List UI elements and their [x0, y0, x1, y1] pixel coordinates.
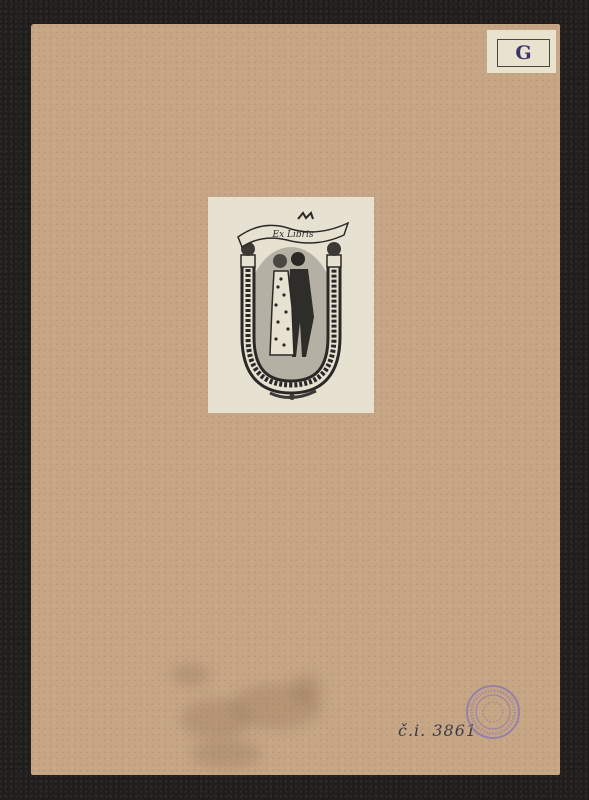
shelf-letter: G	[515, 44, 531, 63]
stain	[171, 664, 211, 686]
shelf-label: G	[487, 30, 556, 73]
mount-card: G Ex Libris	[31, 24, 560, 775]
shelf-label-box: G	[497, 39, 550, 67]
stain	[291, 674, 321, 704]
institution-stamp-icon	[465, 684, 521, 740]
stain	[191, 739, 261, 769]
svg-text:Ex Libris: Ex Libris	[272, 230, 314, 240]
bookplate-engraving-icon: Ex Libris	[208, 197, 374, 413]
bookplate: Ex Libris	[208, 197, 374, 413]
